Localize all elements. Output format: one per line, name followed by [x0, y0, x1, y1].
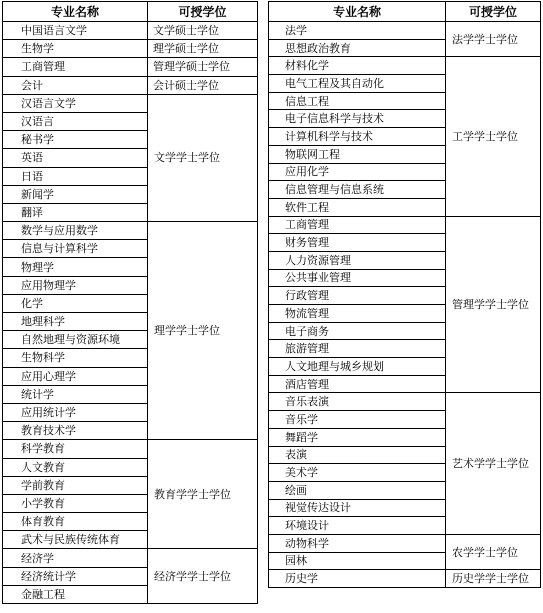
major-cell: 人文地理与城乡规划	[269, 358, 446, 376]
major-cell: 法学	[269, 22, 446, 40]
degree-cell: 管理学学士学位	[446, 216, 541, 393]
major-cell: 物联网工程	[269, 145, 446, 163]
major-cell: 旅游管理	[269, 340, 446, 358]
degree-cell: 理学学士学位	[148, 222, 258, 440]
major-cell: 环境设计	[269, 517, 446, 535]
degree-cell: 管理学硕士学位	[148, 58, 258, 76]
major-cell: 思想政治教育	[269, 39, 446, 57]
header-major: 专业名称	[3, 2, 148, 22]
major-cell: 电子商务	[269, 322, 446, 340]
table-row: 科学教育教育学学士学位	[3, 440, 258, 458]
major-cell: 武术与民族传统体育	[3, 531, 148, 549]
major-cell: 工商管理	[269, 216, 446, 234]
header-degree: 可授学位	[446, 2, 541, 22]
major-cell: 教育技术学	[3, 422, 148, 440]
major-cell: 音乐表演	[269, 393, 446, 411]
header-major: 专业名称	[269, 2, 446, 22]
major-cell: 自然地理与资源环境	[3, 331, 148, 349]
table-row: 工商管理管理学学士学位	[269, 216, 541, 234]
major-cell: 金融工程	[3, 585, 148, 603]
degree-cell: 会计硕士学位	[148, 76, 258, 94]
major-cell: 经济统计学	[3, 567, 148, 585]
degree-table-right: 专业名称 可授学位 法学法学学士学位思想政治教育材料化学工学学士学位电气工程及其…	[268, 1, 541, 588]
major-cell: 生物科学	[3, 349, 148, 367]
table-row: 法学法学学士学位	[269, 22, 541, 40]
major-cell: 数学与应用数学	[3, 222, 148, 240]
major-cell: 电子信息科学与技术	[269, 110, 446, 128]
degree-cell: 历史学学士学位	[446, 570, 541, 588]
major-cell: 应用物理学	[3, 276, 148, 294]
major-cell: 翻译	[3, 203, 148, 221]
degree-cell: 理学硕士学位	[148, 40, 258, 58]
table-row: 生物学理学硕士学位	[3, 40, 258, 58]
major-cell: 新闻学	[3, 185, 148, 203]
degree-cell: 教育学学士学位	[148, 440, 258, 549]
major-cell: 物理学	[3, 258, 148, 276]
header-row: 专业名称 可授学位	[269, 2, 541, 22]
table-row: 经济学经济学学士学位	[3, 549, 258, 567]
table-row: 音乐表演艺术学学士学位	[269, 393, 541, 411]
major-cell: 信息与计算科学	[3, 240, 148, 258]
major-cell: 人文教育	[3, 458, 148, 476]
table-row: 数学与应用数学理学学士学位	[3, 222, 258, 240]
major-cell: 会计	[3, 76, 148, 94]
major-cell: 小学教育	[3, 494, 148, 512]
major-cell: 人力资源管理	[269, 251, 446, 269]
major-cell: 酒店管理	[269, 375, 446, 393]
major-cell: 美术学	[269, 464, 446, 482]
major-cell: 舞蹈学	[269, 428, 446, 446]
major-cell: 经济学	[3, 549, 148, 567]
degree-cell: 法学学士学位	[446, 22, 541, 57]
major-cell: 生物学	[3, 40, 148, 58]
table-row: 中国语言文学文学硕士学位	[3, 22, 258, 40]
table-row: 动物科学农学学士学位	[269, 534, 541, 552]
major-cell: 英语	[3, 149, 148, 167]
degree-cell: 艺术学学士学位	[446, 393, 541, 535]
major-cell: 园林	[269, 552, 446, 570]
major-cell: 信息工程	[269, 92, 446, 110]
major-cell: 视觉传达设计	[269, 499, 446, 517]
major-cell: 日语	[3, 167, 148, 185]
major-cell: 应用统计学	[3, 403, 148, 421]
major-cell: 科学教育	[3, 440, 148, 458]
major-cell: 工商管理	[3, 58, 148, 76]
major-cell: 学前教育	[3, 476, 148, 494]
major-cell: 汉语言	[3, 112, 148, 130]
header-degree: 可授学位	[148, 2, 258, 22]
major-cell: 应用化学	[269, 163, 446, 181]
major-cell: 材料化学	[269, 57, 446, 75]
major-cell: 化学	[3, 294, 148, 312]
major-cell: 汉语言文学	[3, 94, 148, 112]
major-cell: 财务管理	[269, 234, 446, 252]
major-cell: 表演	[269, 446, 446, 464]
table-row: 材料化学工学学士学位	[269, 57, 541, 75]
major-cell: 地理科学	[3, 313, 148, 331]
major-cell: 中国语言文学	[3, 22, 148, 40]
header-row: 专业名称 可授学位	[3, 2, 258, 22]
major-cell: 音乐学	[269, 411, 446, 429]
major-cell: 公共事业管理	[269, 269, 446, 287]
major-cell: 电气工程及其自动化	[269, 75, 446, 93]
major-cell: 统计学	[3, 385, 148, 403]
major-cell: 历史学	[269, 570, 446, 588]
major-cell: 计算机科学与技术	[269, 128, 446, 146]
table-row: 汉语言文学文学学士学位	[3, 94, 258, 112]
degree-cell: 文学硕士学位	[148, 22, 258, 40]
table-row: 工商管理管理学硕士学位	[3, 58, 258, 76]
major-cell: 行政管理	[269, 287, 446, 305]
major-cell: 绘画	[269, 481, 446, 499]
table-row: 历史学历史学学士学位	[269, 570, 541, 588]
major-cell: 动物科学	[269, 534, 446, 552]
degree-table-left: 专业名称 可授学位 中国语言文学文学硕士学位生物学理学硕士学位工商管理管理学硕士…	[2, 1, 258, 604]
major-cell: 物流管理	[269, 305, 446, 323]
degree-cell: 文学学士学位	[148, 94, 258, 221]
table-row: 会计会计硕士学位	[3, 76, 258, 94]
degree-cell: 经济学学士学位	[148, 549, 258, 604]
major-cell: 应用心理学	[3, 367, 148, 385]
degree-cell: 农学学士学位	[446, 534, 541, 569]
major-cell: 软件工程	[269, 198, 446, 216]
major-cell: 体育教育	[3, 513, 148, 531]
degree-cell: 工学学士学位	[446, 57, 541, 216]
major-cell: 秘书学	[3, 131, 148, 149]
major-cell: 信息管理与信息系统	[269, 181, 446, 199]
